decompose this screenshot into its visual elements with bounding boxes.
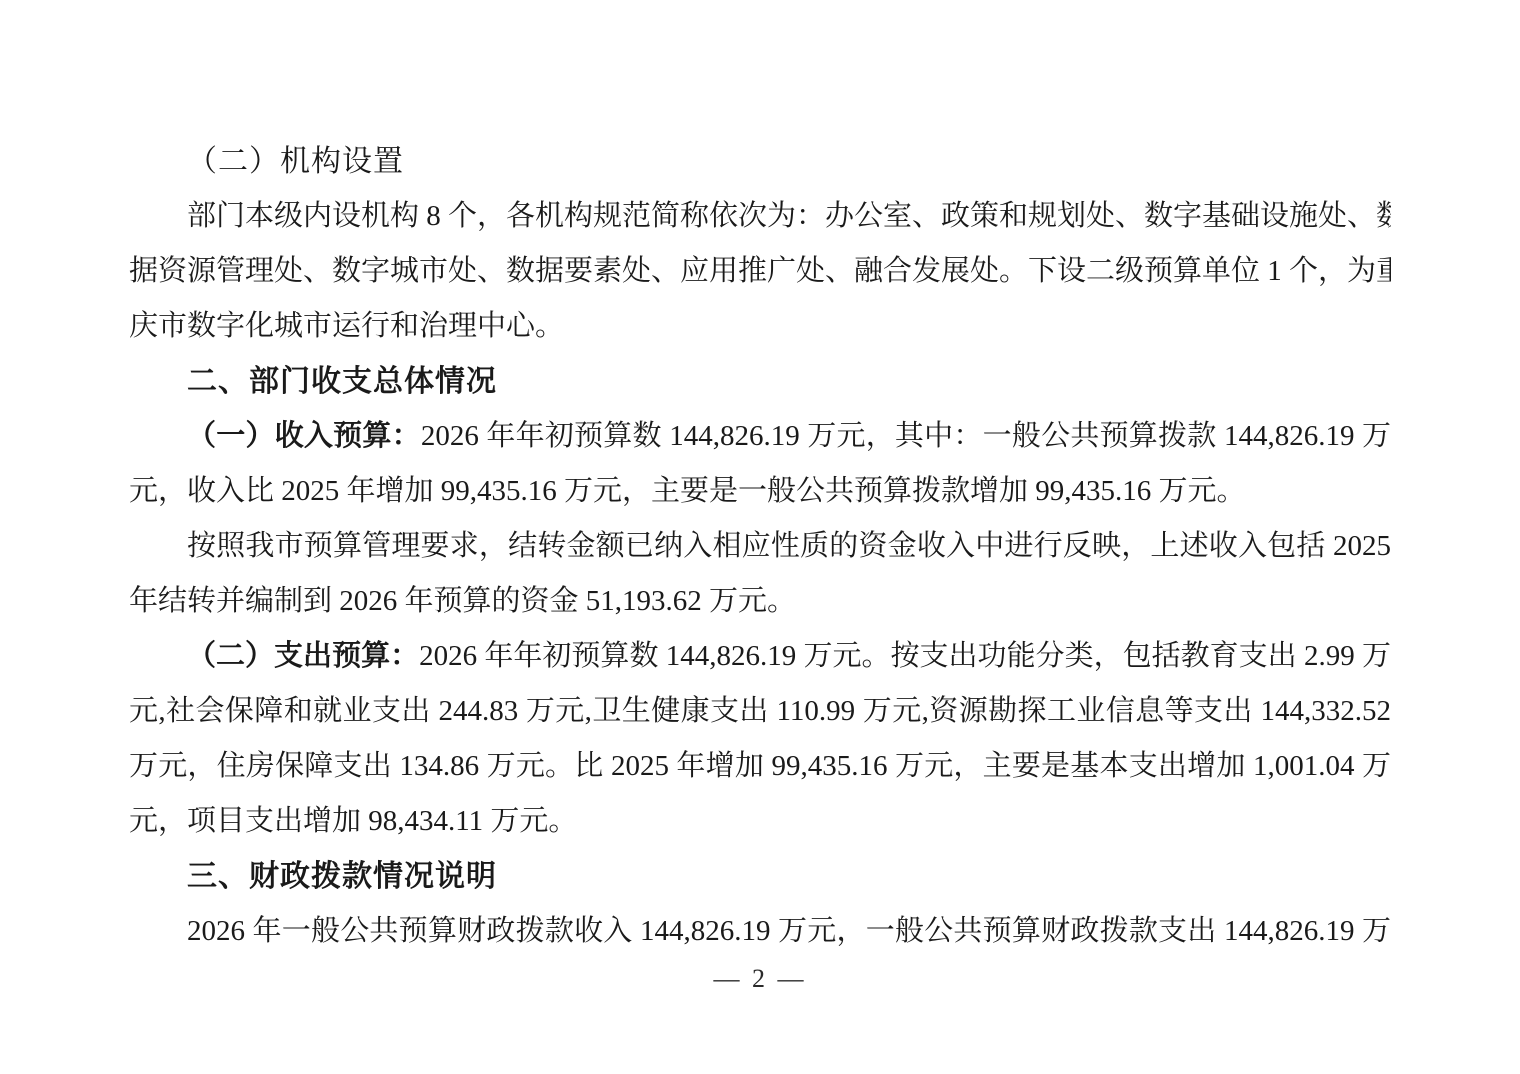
page-number: — 2 — — [129, 956, 1391, 1001]
paragraph-line: 元，项目支出增加 98,434.11 万元。 — [129, 794, 1391, 849]
section-heading-budget-overview: 二、部门收支总体情况 — [129, 354, 1391, 409]
paragraph-line: 据资源管理处、数字城市处、数据要素处、应用推广处、融合发展处。下设二级预算单位 … — [129, 244, 1391, 299]
paragraph-line: 庆市数字化城市运行和治理中心。 — [129, 299, 1391, 354]
paragraph-line: （一）收入预算：2026 年年初预算数 144,826.19 万元，其中：一般公… — [129, 409, 1391, 464]
paragraph-line: 元，收入比 2025 年增加 99,435.16 万元，主要是一般公共预算拨款增… — [129, 464, 1391, 519]
paragraph-line: 年结转并编制到 2026 年预算的资金 51,193.62 万元。 — [129, 574, 1391, 629]
paragraph-line: （二）支出预算：2026 年年初预算数 144,826.19 万元。按支出功能分… — [129, 629, 1391, 684]
bold-lead-in: （一）收入预算： — [187, 420, 421, 452]
paragraph-line: 元,社会保障和就业支出 244.83 万元,卫生健康支出 110.99 万元,资… — [129, 684, 1391, 739]
page-number-label: — 2 — — [714, 964, 807, 993]
paragraph-line: 部门本级内设机构 8 个，各机构规范简称依次为：办公室、政策和规划处、数字基础设… — [129, 189, 1391, 244]
paragraph-line: 万元，住房保障支出 134.86 万元。比 2025 年增加 99,435.16… — [129, 739, 1391, 794]
document-page: （二）机构设置部门本级内设机构 8 个，各机构规范简称依次为：办公室、政策和规划… — [0, 0, 1520, 1074]
bold-lead-in: （二）支出预算： — [187, 640, 419, 672]
section-heading-fiscal-appropriation: 三、财政拨款情况说明 — [129, 849, 1391, 904]
paragraph-line: 2026 年一般公共预算财政拨款收入 144,826.19 万元，一般公共预算财… — [129, 904, 1391, 959]
subsection-heading-organization: （二）机构设置 — [129, 134, 1391, 189]
document-body: （二）机构设置部门本级内设机构 8 个，各机构规范简称依次为：办公室、政策和规划… — [129, 134, 1391, 959]
paragraph-line: 按照我市预算管理要求，结转金额已纳入相应性质的资金收入中进行反映，上述收入包括 … — [129, 519, 1391, 574]
